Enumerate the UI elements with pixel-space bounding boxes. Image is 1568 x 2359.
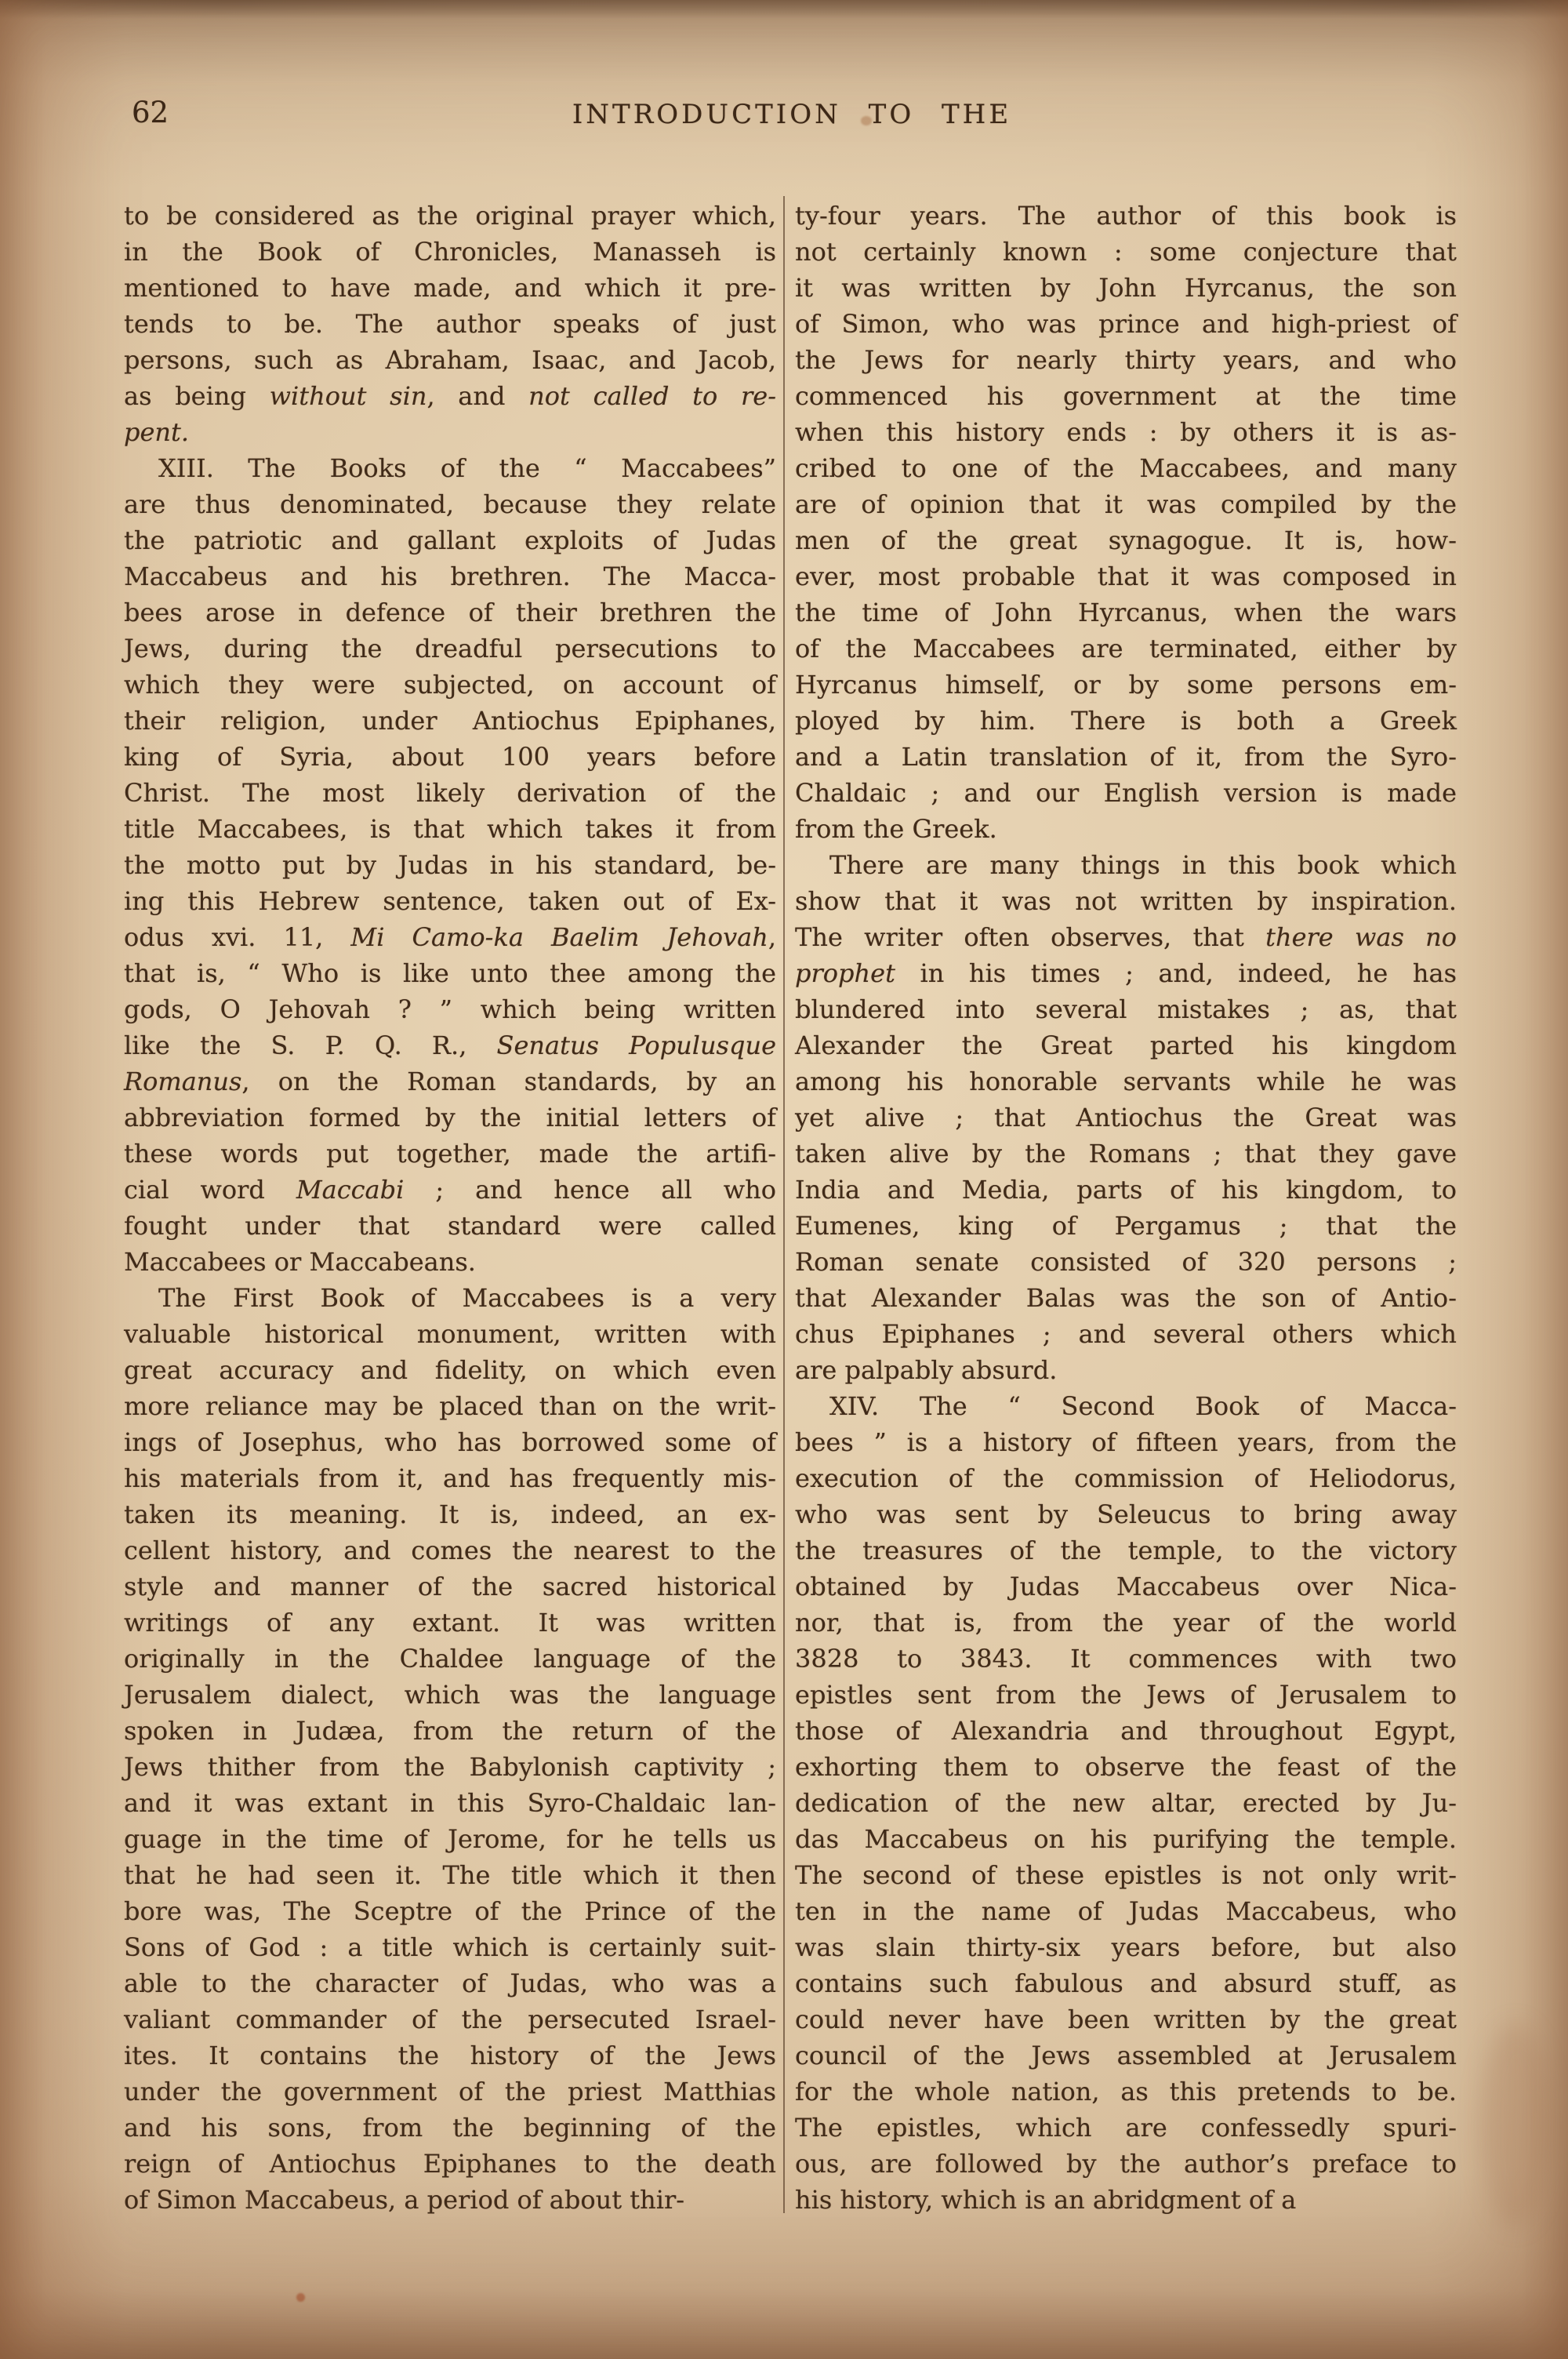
text-line: cellent history, and comes the nearest t… xyxy=(124,1532,776,1568)
text-line: Maccabees or Maccabeans. xyxy=(124,1244,776,1280)
text-line: it was written by John Hyrcanus, the son xyxy=(795,270,1457,306)
text-line: more reliance may be placed than on the … xyxy=(124,1388,776,1424)
text-line: title Maccabees, is that which takes it … xyxy=(124,811,776,847)
text-line: The writer often observes, that there wa… xyxy=(795,919,1457,955)
text-line: are palpably absurd. xyxy=(795,1352,1457,1388)
text-line: The second of these epistles is not only… xyxy=(795,1857,1457,1893)
text-line: when this history ends : by others it is… xyxy=(795,414,1457,450)
text-line: and it was extant in this Syro-Chaldaic … xyxy=(124,1785,776,1821)
text-line: the patriotic and gallant exploits of Ju… xyxy=(124,522,776,558)
text-line: das Maccabeus on his purifying the templ… xyxy=(795,1821,1457,1857)
text-line: chus Epiphanes ; and several others whic… xyxy=(795,1316,1457,1352)
text-line: council of the Jews assembled at Jerusal… xyxy=(795,2037,1457,2074)
text-line: Sons of God : a title which is certainly… xyxy=(124,1929,776,1965)
text-line: reign of Antiochus Epiphanes to the deat… xyxy=(124,2146,776,2182)
paragraph: to be considered as the original prayer … xyxy=(124,198,776,450)
text-line: and a Latin translation of it, from the … xyxy=(795,739,1457,775)
text-line: Jews, during the dreadful persecutions t… xyxy=(124,631,776,667)
text-line: yet alive ; that Antiochus the Great was xyxy=(795,1100,1457,1136)
text-line: bees arose in defence of their brethren … xyxy=(124,594,776,631)
text-line: spoken in Judæa, from the return of the xyxy=(124,1713,776,1749)
text-line: epistles sent from the Jews of Jerusalem… xyxy=(795,1677,1457,1713)
text-line: cribed to one of the Maccabees, and many xyxy=(795,450,1457,486)
text-line: execution of the commission of Heliodoru… xyxy=(795,1460,1457,1496)
text-line: ites. It contains the history of the Jew… xyxy=(124,2037,776,2074)
text-line: could never have been written by the gre… xyxy=(795,2001,1457,2037)
text-line: was slain thirty-six years before, but a… xyxy=(795,1929,1457,1965)
text-line: not certainly known : some conjecture th… xyxy=(795,234,1457,270)
text-line: Hyrcanus himself, or by some persons em- xyxy=(795,667,1457,703)
text-line: Alexander the Great parted his kingdom xyxy=(795,1027,1457,1063)
text-line: cial word Maccabi ; and hence all who xyxy=(124,1172,776,1208)
text-line: There are many things in this book which xyxy=(795,847,1457,883)
text-line: Roman senate consisted of 320 persons ; xyxy=(795,1244,1457,1280)
text-line: men of the great synagogue. It is, how- xyxy=(795,522,1457,558)
text-line: ever, most probable that it was composed… xyxy=(795,558,1457,594)
text-line: Christ. The most likely derivation of th… xyxy=(124,775,776,811)
text-line: 3828 to 3843. It commences with two xyxy=(795,1641,1457,1677)
text-line: who was sent by Seleucus to bring away xyxy=(795,1496,1457,1532)
text-line: for the whole nation, as this pretends t… xyxy=(795,2074,1457,2110)
text-line: these words put together, made the artif… xyxy=(124,1136,776,1172)
text-line: valuable historical monument, written wi… xyxy=(124,1316,776,1352)
text-column-left: to be considered as the original prayer … xyxy=(124,198,776,2218)
text-line: that Alexander Balas was the son of Anti… xyxy=(795,1280,1457,1316)
text-line: contains such fabulous and absurd stuff,… xyxy=(795,1965,1457,2001)
text-line: great accuracy and fidelity, on which ev… xyxy=(124,1352,776,1388)
text-line: valiant commander of the persecuted Isra… xyxy=(124,2001,776,2037)
text-line: king of Syria, about 100 years before xyxy=(124,739,776,775)
text-line: under the government of the priest Matth… xyxy=(124,2074,776,2110)
text-line: style and manner of the sacred historica… xyxy=(124,1568,776,1605)
text-line: ty-four years. The author of this book i… xyxy=(795,198,1457,234)
text-line: the Jews for nearly thirty years, and wh… xyxy=(795,342,1457,378)
text-line: odus xvi. 11, Mi Camo-ka Baelim Jehovah, xyxy=(124,919,776,955)
text-line: tends to be. The author speaks of just xyxy=(124,306,776,342)
text-line: Chaldaic ; and our English version is ma… xyxy=(795,775,1457,811)
text-line: abbreviation formed by the initial lette… xyxy=(124,1100,776,1136)
text-line: taken its meaning. It is, indeed, an ex- xyxy=(124,1496,776,1532)
text-line: ings of Josephus, who has borrowed some … xyxy=(124,1424,776,1460)
text-line: and his sons, from the beginning of the xyxy=(124,2110,776,2146)
text-line: originally in the Chaldee language of th… xyxy=(124,1641,776,1677)
text-line: as being without sin, and not called to … xyxy=(124,378,776,414)
text-line: Jews thither from the Babylonish captivi… xyxy=(124,1749,776,1785)
text-line: India and Media, parts of his kingdom, t… xyxy=(795,1172,1457,1208)
page-stain xyxy=(1480,2023,1551,2227)
text-line: prophet in his times ; and, indeed, he h… xyxy=(795,955,1457,991)
text-line: bore was, The Sceptre of the Prince of t… xyxy=(124,1893,776,1929)
text-line: in the Book of Chronicles, Manasseh is xyxy=(124,234,776,270)
text-line: are thus denominated, because they relat… xyxy=(124,486,776,522)
text-line: which they were subjected, on account of xyxy=(124,667,776,703)
text-line: that is, “ Who is like unto thee among t… xyxy=(124,955,776,991)
text-line: of the Maccabees are terminated, either … xyxy=(795,631,1457,667)
text-line: writings of any extant. It was written xyxy=(124,1605,776,1641)
text-line: the time of John Hyrcanus, when the wars xyxy=(795,594,1457,631)
text-line: taken alive by the Romans ; that they ga… xyxy=(795,1136,1457,1172)
text-line: commenced his government at the time xyxy=(795,378,1457,414)
column-divider-rule xyxy=(783,196,785,2213)
text-line: Jerusalem dialect, which was the languag… xyxy=(124,1677,776,1713)
text-line: nor, that is, from the year of the world xyxy=(795,1605,1457,1641)
text-line: those of Alexandria and throughout Egypt… xyxy=(795,1713,1457,1749)
page-stain xyxy=(296,2293,305,2302)
text-line: ten in the name of Judas Maccabeus, who xyxy=(795,1893,1457,1929)
text-line: gods, O Jehovah ? ” which being written xyxy=(124,991,776,1027)
text-line: that he had seen it. The title which it … xyxy=(124,1857,776,1893)
text-line: mentioned to have made, and which it pre… xyxy=(124,270,776,306)
text-line: among his honorable servants while he wa… xyxy=(795,1063,1457,1100)
text-line: his history, which is an abridgment of a xyxy=(795,2182,1457,2218)
text-line: ous, are followed by the author’s prefac… xyxy=(795,2146,1457,2182)
text-line: able to the character of Judas, who was … xyxy=(124,1965,776,2001)
text-line: their religion, under Antiochus Epiphane… xyxy=(124,703,776,739)
text-line: of Simon, who was prince and high-priest… xyxy=(795,306,1457,342)
text-line: from the Greek. xyxy=(795,811,1457,847)
paragraph: The First Book of Maccabees is a veryval… xyxy=(124,1280,776,2218)
text-line: bees ” is a history of fifteen years, fr… xyxy=(795,1424,1457,1460)
text-line: like the S. P. Q. R., Senatus Populusque xyxy=(124,1027,776,1063)
text-line: are of opinion that it was compiled by t… xyxy=(795,486,1457,522)
text-line: fought under that standard were called xyxy=(124,1208,776,1244)
text-line: the treasures of the temple, to the vict… xyxy=(795,1532,1457,1568)
text-line: his materials from it, and has frequentl… xyxy=(124,1460,776,1496)
text-line: to be considered as the original prayer … xyxy=(124,198,776,234)
text-line: obtained by Judas Maccabeus over Nica- xyxy=(795,1568,1457,1605)
text-line: exhorting them to observe the feast of t… xyxy=(795,1749,1457,1785)
text-line: ing this Hebrew sentence, taken out of E… xyxy=(124,883,776,919)
text-line: XIV. The “ Second Book of Macca- xyxy=(795,1388,1457,1424)
text-line: ployed by him. There is both a Greek xyxy=(795,703,1457,739)
text-line: Eumenes, king of Pergamus ; that the xyxy=(795,1208,1457,1244)
text-line: The First Book of Maccabees is a very xyxy=(124,1280,776,1316)
text-line: XIII. The Books of the “ Maccabees” xyxy=(124,450,776,486)
running-header-title: INTRODUCTION TO THE xyxy=(125,99,1458,130)
paragraph: XIV. The “ Second Book of Macca-bees ” i… xyxy=(795,1388,1457,2218)
text-line: persons, such as Abraham, Isaac, and Jac… xyxy=(124,342,776,378)
paragraph: XIII. The Books of the “ Maccabees”are t… xyxy=(124,450,776,1280)
text-line: blundered into several mistakes ; as, th… xyxy=(795,991,1457,1027)
text-column-right: ty-four years. The author of this book i… xyxy=(795,198,1457,2218)
text-line: Romanus, on the Roman standards, by an xyxy=(124,1063,776,1100)
text-line: pent. xyxy=(124,414,776,450)
text-line: dedication of the new altar, erected by … xyxy=(795,1785,1457,1821)
text-line: The epistles, which are confessedly spur… xyxy=(795,2110,1457,2146)
paragraph: There are many things in this book which… xyxy=(795,847,1457,1388)
text-line: show that it was not written by inspirat… xyxy=(795,883,1457,919)
paragraph: ty-four years. The author of this book i… xyxy=(795,198,1457,847)
text-line: guage in the time of Jerome, for he tell… xyxy=(124,1821,776,1857)
text-line: of Simon Maccabeus, a period of about th… xyxy=(124,2182,776,2218)
text-line: the motto put by Judas in his standard, … xyxy=(124,847,776,883)
text-line: Maccabeus and his brethren. The Macca- xyxy=(124,558,776,594)
